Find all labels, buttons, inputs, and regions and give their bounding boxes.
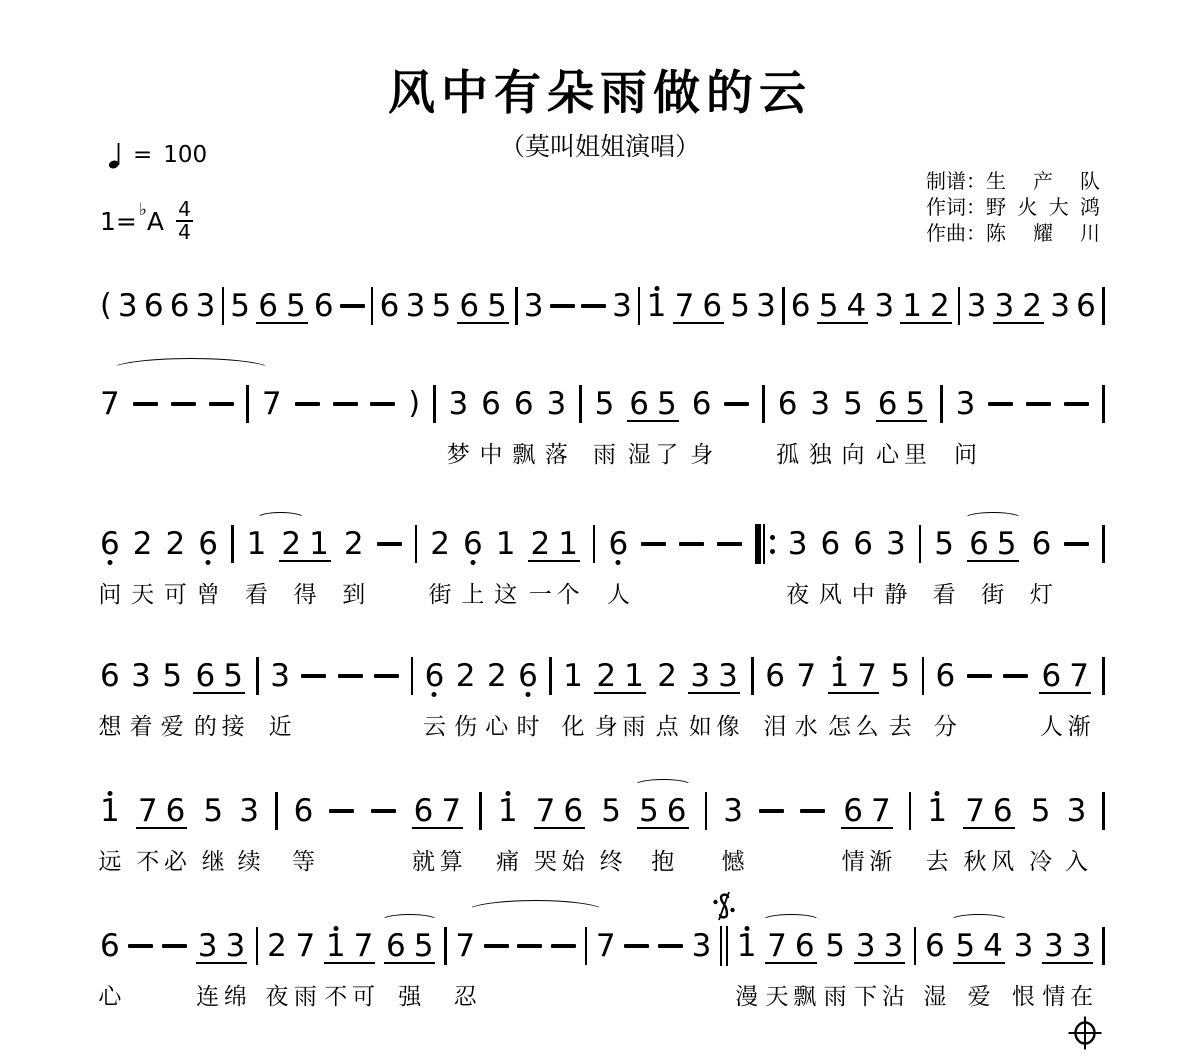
lyric: 街 [429,576,452,609]
lyric: 么 [856,708,879,741]
note: 7 [295,924,315,968]
score-line: 633271765773176533654333心连绵夜雨不可强忍漫天飘雨下沾湿… [100,894,1105,1012]
barline [762,385,765,423]
note: 1 [563,654,583,698]
note-group: 56 [637,789,688,833]
lyric: 夜 [786,576,809,609]
lyric: 风 [991,843,1014,876]
note: 5 [286,284,306,328]
song-title: 风中有朵雨做的云 [0,56,1200,123]
note: 5 [1031,789,1051,833]
note-group: 65 [967,522,1018,566]
barline [444,927,447,965]
note-group: 76 [765,924,816,968]
note: 7 [1069,654,1089,698]
duration-dash [171,402,196,406]
lyric: 始 [562,843,585,876]
note: 1 [496,522,516,566]
lyric: 的 [194,708,217,741]
slur-arc [762,914,819,927]
note: 6 [795,924,815,968]
note: 3 [956,382,976,426]
duration-dash [641,542,666,546]
lyric: 不 [324,978,347,1011]
slur-arc [381,914,438,927]
time-signature: 4 4 [176,200,193,242]
note: 3 [1050,284,1070,328]
note: 6 [258,284,278,328]
note: 3 [967,284,987,328]
note: 3 [547,382,567,426]
note-row: 633271765773176533654333 [100,924,1105,968]
note: 6 [1041,654,1061,698]
note: 3 [692,924,712,968]
key-tonic: A [147,207,164,236]
note: 3 [270,654,290,698]
lyric: 飘 [512,436,535,469]
lyric: 继 [202,843,225,876]
slur-arc [950,914,1007,927]
octave-dot-low [107,560,112,565]
note: 6 [702,284,722,328]
note-row: 1765366717655636717653 [100,789,1105,833]
open-paren: ( [100,284,112,328]
note: 4 [846,284,866,328]
note: 1 [902,284,922,328]
credit-row: 作曲：陈耀川 [926,220,1100,246]
barline [782,287,785,325]
note: 1 [927,789,947,833]
note: 2 [456,654,476,698]
note: 3 [690,654,710,698]
note: 5 [934,522,954,566]
barline [1102,287,1105,325]
duration-dash [550,304,575,308]
note-group: 17 [828,654,879,698]
lyric: 梦 [447,436,470,469]
note: 3 [886,522,906,566]
lyric: 得 [294,576,317,609]
credit-label: 作词： [926,194,986,220]
lyric: 终 [600,843,623,876]
lyric: 化 [562,708,585,741]
note-row: 6226121226121636635656 [100,522,1105,566]
note: 3 [718,654,738,698]
duration-dash [338,674,363,678]
lyric: 雨 [622,708,645,741]
lyric: 忍 [454,978,477,1011]
note: 7 [871,789,891,833]
octave-dot-low [432,692,437,697]
note: 7 [441,789,461,833]
credit-name: 陈耀川 [986,220,1100,246]
note: 2 [1022,284,1042,328]
note: 6 [935,654,955,698]
duration-dash [295,402,320,406]
note: 6 [969,522,989,566]
credit-name-char: 耀 [1033,220,1053,246]
note-group: 67 [841,789,892,833]
coda-icon [1066,1014,1104,1052]
lyric: 雨 [294,978,317,1011]
duration-dash [581,304,606,308]
lyric: 问 [98,576,121,609]
lyric: 身 [595,708,618,741]
lyric: 近 [269,708,292,741]
double-bar-line [720,926,722,966]
note-row: 635653622612123367175667 [100,654,1105,698]
octave-dot-high [837,656,842,661]
lyric: 上 [461,576,484,609]
note-group: 33 [688,654,739,698]
duration-dash [484,944,509,948]
note: 6 [195,654,215,698]
note: 3 [239,789,259,833]
lyric: 绵 [224,978,247,1011]
note-group: 65 [256,284,307,328]
lyric: 就 [412,843,435,876]
meter-denominator: 4 [178,223,191,242]
note-group: 21 [594,654,645,698]
duration-dash [724,402,749,406]
note-group: 33 [196,924,247,968]
lyric: 爱 [161,708,184,741]
barline [593,525,596,563]
octave-dot-high [333,926,338,931]
lyric: 接 [222,708,245,741]
lyric: 入 [1065,843,1088,876]
octave-dot-high [935,791,940,796]
lyric: 漫 [735,978,758,1011]
duration-dash [374,674,399,678]
score-line: 6226121226121636635656问天可曾看得到街上这一个人夜风中静看… [100,492,1105,610]
note: 1 [558,522,578,566]
note: 3 [449,382,469,426]
duration-dash [128,944,153,948]
quarter-note-icon [108,140,122,170]
note: 6 [667,789,687,833]
octave-dot-low [206,560,211,565]
duration-dash [679,542,704,546]
key-signature: 1=♭A 4 4 [100,200,193,242]
note: 7 [965,789,985,833]
note: 5 [223,654,243,698]
flat-icon: ♭ [139,200,147,220]
note: 6 [843,789,863,833]
credit-name-char: 火 [1017,194,1037,220]
lyric: 痛 [496,843,519,876]
note: 6 [878,382,898,426]
note: 6 [166,789,186,833]
note-group: 67 [412,789,463,833]
lyric: 连 [196,978,219,1011]
tie-arc [110,358,272,382]
note-group: 17 [324,924,375,968]
note: 5 [730,284,750,328]
note: 5 [162,654,182,698]
note: 7 [262,382,282,426]
lyric: 在 [1070,978,1093,1011]
lyric: 强 [398,978,421,1011]
lyric: 心 [98,978,121,1011]
duration-dash [333,402,358,406]
credit-name-char: 队 [1080,168,1100,194]
note: 1 [326,924,346,968]
barline [909,792,912,830]
lyric: 心 [876,436,899,469]
lyric: 哭 [534,843,557,876]
lyric: 一 [529,576,552,609]
barline [638,287,641,325]
octave-dot-low [525,692,530,697]
duration-dash [301,674,326,678]
note: 3 [196,284,216,328]
note: 6 [144,284,164,328]
octave-dot-high [744,926,749,931]
lyric: 情 [842,843,865,876]
note: 6 [414,789,434,833]
lyric: 冷 [1029,843,1052,876]
note: 2 [930,284,950,328]
duration-dash [1064,542,1089,546]
repeat-dots [770,524,775,564]
lyric: 想 [98,708,121,741]
note: 7 [536,789,556,833]
note-group: 67 [1039,654,1090,698]
note: 2 [657,654,677,698]
note: 3 [1014,924,1034,968]
barline [1102,792,1105,830]
lyric: 点 [656,708,679,741]
lyric: 天 [131,576,154,609]
note: 6 [386,924,406,968]
note: 1 [247,522,267,566]
barline [1102,927,1105,965]
note: 1 [100,789,120,833]
barline [222,287,225,325]
note: 5 [825,924,845,968]
slur-arc [634,779,691,792]
note-group: 76 [534,789,585,833]
note: 6 [100,522,120,566]
barline [231,525,234,563]
repeat-start-barline [755,524,774,564]
duration-dash [759,809,784,813]
note: 3 [1072,924,1092,968]
barline [919,525,922,563]
note: 3 [612,284,632,328]
duration-dash [658,944,683,948]
note: 1 [647,284,667,328]
note: 6 [993,789,1013,833]
duration-dash [1064,402,1089,406]
barline [579,385,582,423]
note: 5 [432,284,452,328]
note-group: 76 [673,284,724,328]
score-line: 1765366717655636717653远不必继续等就算痛哭始终抱憾情渐去秋… [100,759,1105,877]
note: 7 [857,654,877,698]
lyric: 算 [440,843,463,876]
note: 3 [198,924,218,968]
barline [256,657,259,695]
note: 2 [281,522,301,566]
credit-name-char: 产 [1033,168,1053,194]
note: 2 [530,522,550,566]
barline [549,657,552,695]
duration-dash [800,809,825,813]
barline [415,525,418,563]
tie-arc [465,900,606,924]
lyric: 天 [766,978,789,1011]
note-group: 65 [384,924,435,968]
repeat-thick-bar [755,524,761,564]
note: 2 [596,654,616,698]
segno-icon [712,890,736,922]
note-group: 76 [963,789,1014,833]
note: 3 [118,284,138,328]
note: 5 [595,382,615,426]
octave-dot-high [107,791,112,796]
note: 7 [796,654,816,698]
barline [1102,525,1105,563]
note-group: 33 [854,924,905,968]
lyric: 静 [884,576,907,609]
lyric: 泪 [764,708,787,741]
duration-dash [1003,674,1028,678]
score-line: 77)36635656635653梦中飘落雨湿了身孤独向心里问 [100,352,1105,470]
note: 6 [481,382,501,426]
lyric: 去 [926,843,949,876]
credit-row: 制谱：生产队 [926,168,1100,194]
note: 3 [756,284,776,328]
lyric: 抱 [651,843,674,876]
lyric: 沾 [882,978,905,1011]
lyric: 身 [690,436,713,469]
repeat-dot [770,535,775,540]
lyric: 远 [98,843,121,876]
lyric: 夜 [265,978,288,1011]
duration-dash [1026,402,1051,406]
lyric: 云 [423,708,446,741]
note: 1 [624,654,644,698]
score-line: 635653622612123367175667想着爱的接近云伤心时化身雨点如像… [100,624,1105,742]
credit-name-char: 生 [986,168,1006,194]
double-barline [720,926,728,966]
note: 7 [767,924,787,968]
note: 6 [514,382,534,426]
lyric: 到 [342,576,365,609]
lyric: 湿 [628,436,651,469]
note: 6 [100,924,120,968]
barline [411,657,414,695]
lyric: 可 [352,978,375,1011]
lyric: 渐 [869,843,892,876]
lyric: 这 [494,576,517,609]
note: 7 [354,924,374,968]
lyric: 水 [795,708,818,741]
duration-dash [162,944,187,948]
note: 6 [100,654,120,698]
note: 3 [874,284,894,328]
barline [585,927,588,965]
lyric: 时 [516,708,539,741]
note: 6 [425,654,445,698]
lyric: 着 [130,708,153,741]
lyric: 落 [545,436,568,469]
credit-name-char: 大 [1049,194,1069,220]
barline [479,792,482,830]
octave-dot-low [616,560,621,565]
note: 3 [788,522,808,566]
note: 6 [629,382,649,426]
note: 1 [498,789,518,833]
barline [256,927,259,965]
lyric: 下 [854,978,877,1011]
lyric: 情 [1042,978,1065,1011]
duration-dash [517,944,542,948]
lyric: 续 [238,843,261,876]
note-group: 65 [193,654,244,698]
barline [246,385,249,423]
barline [433,385,436,423]
note: 5 [639,789,659,833]
note: 5 [203,789,223,833]
lyric: 人 [1040,708,1063,741]
note: 5 [955,924,975,968]
barline [958,287,961,325]
lyric: 湿 [923,978,946,1011]
credit-name: 生产队 [986,168,1100,194]
note: 4 [983,924,1003,968]
barline [515,287,518,325]
note-group: 33 [1042,924,1093,968]
double-bar-line [726,926,728,966]
note: 3 [810,382,830,426]
duration-dash [329,809,354,813]
note: 7 [138,789,158,833]
barline [914,927,917,965]
duration-dash [988,402,1013,406]
note: 7 [455,924,475,968]
lyric: 等 [292,843,315,876]
note-group: 32 [993,284,1044,328]
lyric: 可 [164,576,187,609]
duration-dash [624,944,649,948]
note: 6 [1076,284,1096,328]
lyric: 去 [889,708,912,741]
note: 6 [853,522,873,566]
close-paren: ) [408,382,420,426]
lyric: 中 [480,436,503,469]
note: 6 [463,522,483,566]
credit-name-char: 陈 [986,220,1006,246]
lyric: 独 [809,436,832,469]
note: 6 [1032,522,1052,566]
octave-dot-low [470,560,475,565]
note: 1 [309,522,329,566]
note: 3 [225,924,245,968]
note: 6 [380,284,400,328]
barline [705,792,708,830]
note: 7 [100,382,120,426]
lyric: 街 [981,576,1004,609]
note: 6 [791,284,811,328]
note: 5 [997,522,1017,566]
repeat-dot [770,549,775,554]
lyric: 渐 [1068,708,1091,741]
duration-dash [340,304,365,308]
lyric: 不 [136,843,159,876]
